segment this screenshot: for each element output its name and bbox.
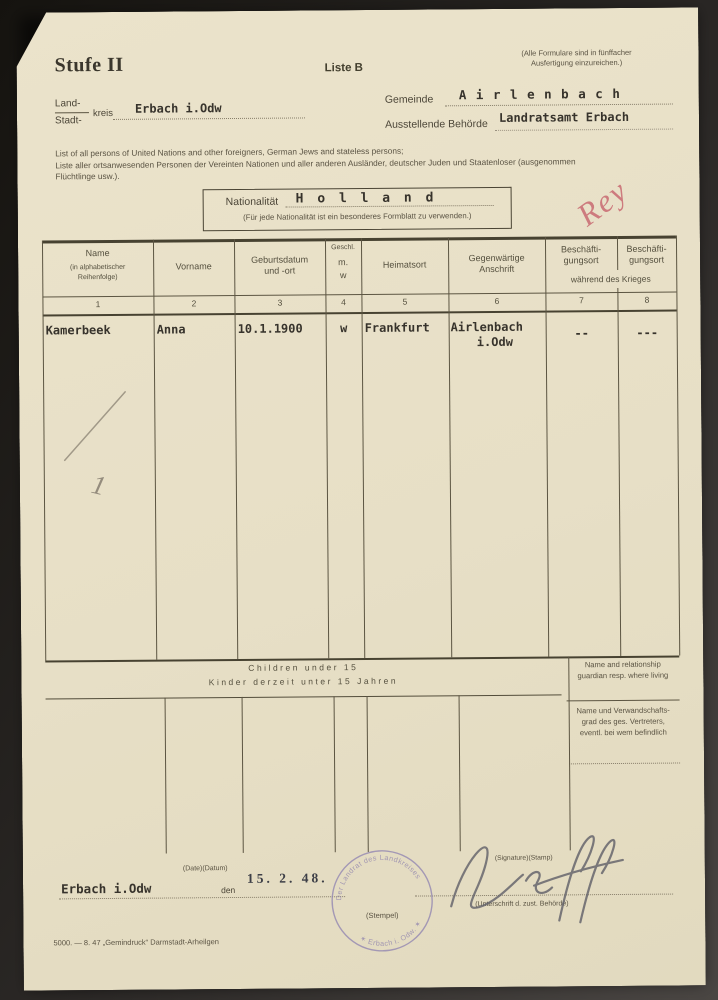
place-value: Erbach i.Odw: [61, 881, 151, 897]
behoerde-underline: [495, 129, 673, 131]
pencil-stroke: [64, 392, 126, 460]
row-heimatsort: Frankfurt: [365, 320, 430, 335]
red-pencil-annotation: Rey: [570, 172, 635, 234]
row-geburtsdatum: 10.1.1900: [238, 321, 303, 336]
behoerde-value: Landratsamt Erbach: [499, 110, 629, 125]
gemeinde-value: A i r l e n b a c h: [459, 86, 621, 102]
col-header-war-span: während des Krieges: [545, 274, 676, 286]
row-anschrift-line1: Airlenbach: [451, 320, 523, 335]
copies-note: (Alle Formulare sind in fünffacher Ausfe…: [474, 47, 678, 68]
col-header-beschaeftigungsort-8: Beschäfti- gungsort: [617, 244, 676, 265]
intro-line-de: Liste aller ortsanwesenden Personen der …: [55, 156, 575, 170]
row-anschrift-line2: i.Odw: [477, 335, 513, 349]
intro-line-en: List of all persons of United Nations an…: [55, 146, 403, 159]
guardian-dotted-rule: [569, 763, 680, 765]
col-header-name: Name (in alphabetischer Reihenfolge): [42, 248, 153, 284]
table-numbers-rule: [43, 310, 677, 317]
nationality-note: (Für jede Nationalität ist ein besondere…: [204, 211, 511, 222]
land-stadt-divider: [55, 112, 89, 113]
behoerde-label: Ausstellende Behörde: [385, 118, 488, 131]
nationality-label: Nationalität: [226, 196, 279, 208]
liste-label: Liste B: [325, 62, 363, 74]
guardian-note-de: Name und Verwandschafts- grad des ges. V…: [567, 705, 680, 739]
col-number: 2: [153, 298, 234, 309]
intro-line-de2: Flüchtlinge usw.).: [55, 171, 119, 182]
signature-underline: [415, 894, 673, 897]
row-col8-dash: ---: [618, 326, 677, 340]
row-col7-dash: --: [546, 326, 618, 341]
stamp-ring-circle: [321, 839, 444, 962]
row-vorname: Anna: [157, 322, 186, 336]
svg-text:Der Landrat des Landkreises: Der Landrat des Landkreises: [325, 842, 424, 903]
signature-stamp-label: (Signature)(Stamp): [495, 855, 553, 862]
col-number: 4: [325, 297, 361, 307]
table-top-rule: [42, 236, 676, 243]
form-page: Stufe II Liste B (Alle Formulare sind in…: [16, 7, 706, 990]
children-column-divider: [165, 698, 167, 854]
nationality-box: Nationalität H o l l a n d (Für jede Nat…: [203, 187, 512, 231]
nationality-value: H o l l a n d: [296, 190, 437, 206]
table-right-border: [676, 236, 680, 656]
signature-neff: [451, 836, 624, 923]
date-stamp-value: 15. 2. 48.: [247, 870, 328, 887]
children-title-en: Children under 15: [45, 660, 561, 674]
col-header-beschaeftigungsort-7: Beschäfti- gungsort: [545, 244, 617, 266]
table-column-divider: [617, 288, 621, 656]
svg-text:✶ Erbach i. Odw. ✶: ✶ Erbach i. Odw. ✶: [357, 917, 427, 955]
nationality-underline: [286, 205, 494, 208]
round-office-stamp: Der Landrat des Landkreises ✶ Erbach i. …: [321, 839, 444, 962]
den-label: den: [221, 885, 235, 895]
col-header-geburtsdatum: Geburtsdatum und -ort: [234, 254, 325, 276]
guardian-note-en: Name and relationship guardian resp. whe…: [566, 660, 679, 682]
col-number: 7: [545, 295, 617, 306]
pencil-number-annotation: 1: [88, 469, 108, 502]
children-column-divider: [334, 696, 336, 852]
kreis-value: Erbach i.Odw: [135, 101, 222, 116]
unterschrift-caption: (Unterschrift d. zust. Behörde): [475, 900, 568, 908]
date-label: (Date)(Datum): [183, 865, 228, 872]
col-number: 5: [361, 296, 448, 307]
col-number: 8: [617, 295, 676, 305]
col-number: 3: [234, 297, 325, 308]
children-column-divider: [242, 697, 244, 853]
land-label: Land-: [55, 98, 81, 109]
gemeinde-label: Gemeinde: [385, 93, 434, 105]
row-geschlecht: w: [326, 321, 362, 335]
gemeinde-underline: [445, 104, 673, 107]
children-column-divider: [367, 696, 369, 852]
col-header-heimatsort: Heimatsort: [361, 259, 448, 270]
children-column-divider: [459, 695, 461, 851]
stufe-title: Stufe II: [54, 54, 123, 78]
children-header-rule: [46, 694, 562, 699]
guardian-column-divider: [568, 656, 571, 850]
col-header-anschrift: Gegenwärtige Anschrift: [448, 253, 545, 275]
row-name: Kamerbeek: [46, 323, 111, 338]
place-date-underline: [59, 896, 345, 899]
printers-imprint: 5000. — 8. 47 „Gemindruck“ Darmstadt-Arh…: [53, 937, 219, 947]
copies-note-line: Ausfertigung einzureichen.): [475, 57, 679, 68]
stamp-text-bottom: ✶ Erbach i. Odw. ✶: [357, 917, 427, 955]
kreis-underline: [113, 117, 305, 120]
guardian-divider-rule: [567, 700, 680, 702]
kreis-label: kreis: [93, 108, 113, 119]
stempel-label: (Stempel): [332, 910, 432, 920]
children-title-de: Kinder derzeit unter 15 Jahren: [45, 674, 561, 688]
stadt-label: Stadt-: [55, 115, 82, 126]
col-header-geschlecht: Geschl. m. w: [325, 243, 361, 281]
stamp-text-top: Der Landrat des Landkreises: [325, 842, 424, 903]
col-number: 6: [448, 296, 545, 307]
col-number: 1: [42, 299, 153, 310]
col-header-vorname: Vorname: [153, 261, 234, 272]
